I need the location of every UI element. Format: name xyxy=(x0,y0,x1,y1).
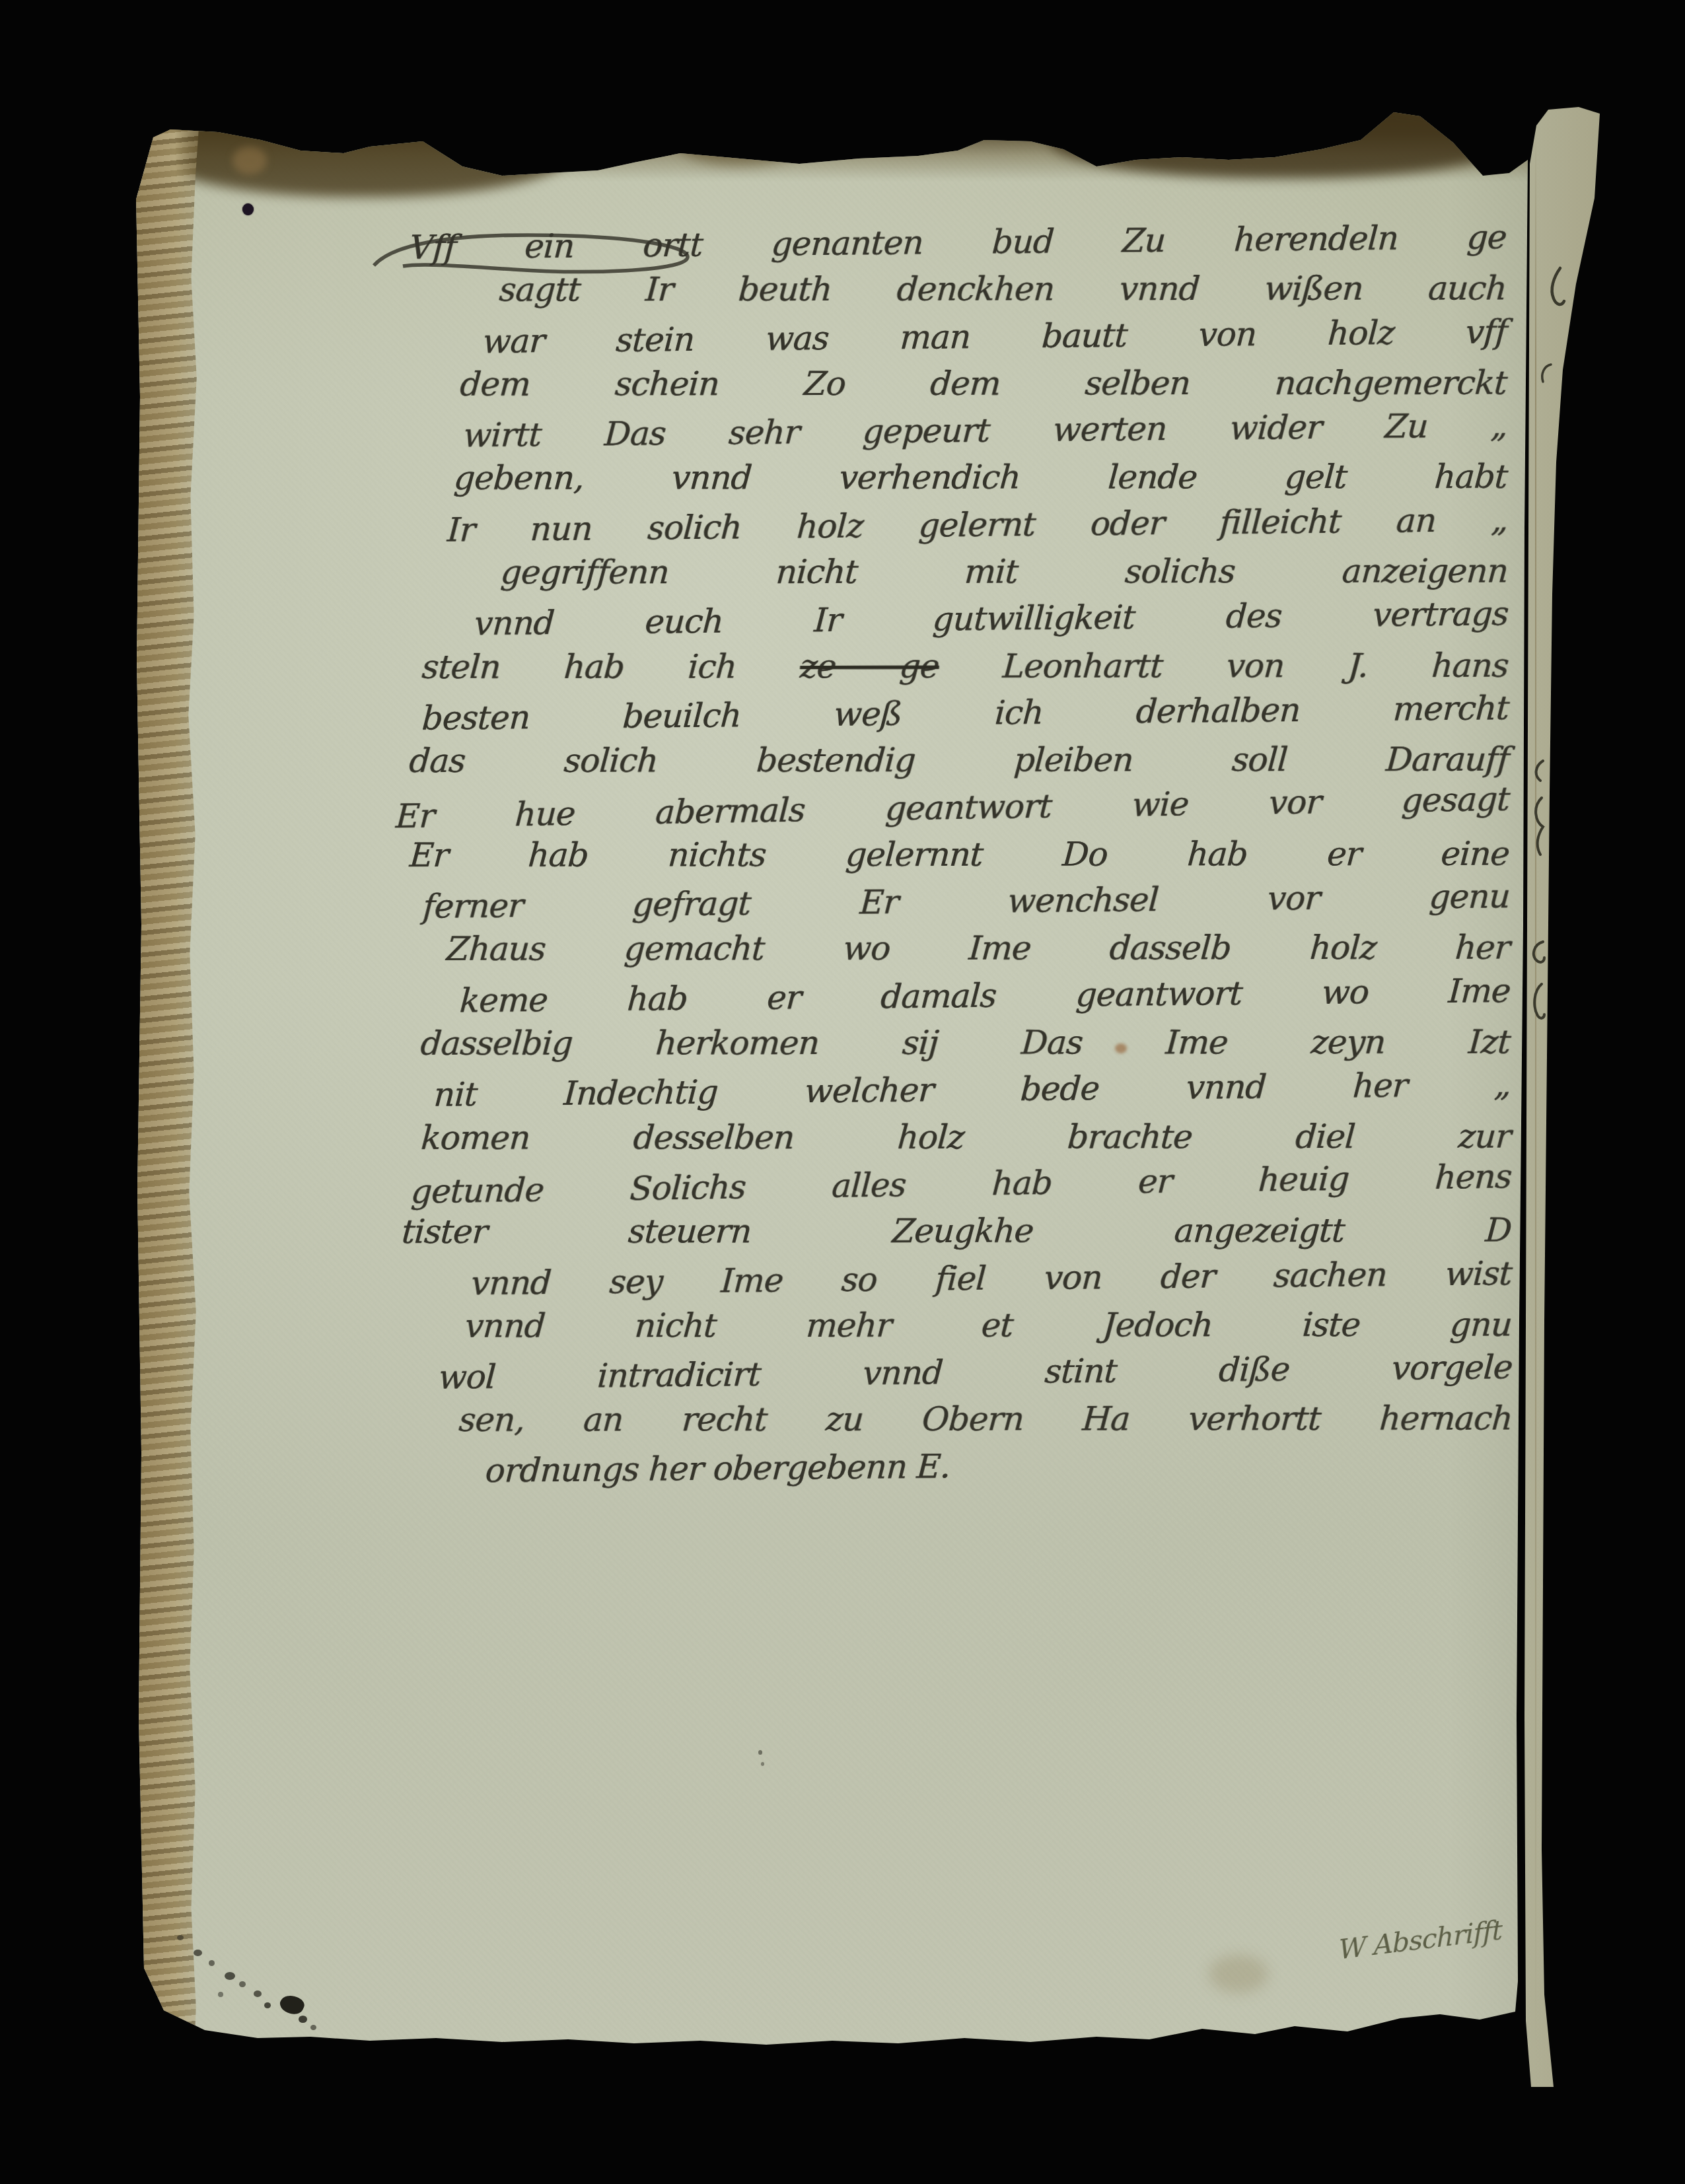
manuscript-page: Vff ein ortt genanten bud Zu herendeln g… xyxy=(0,0,1685,2184)
manuscript-line: Er hab nichts gelernnt Do hab er eine xyxy=(408,831,1511,880)
manuscript-line: vnnd sey Ime so fiel von der sachen wist xyxy=(470,1250,1513,1307)
manuscript-line: gegriffenn nicht mit solichs anzeigenn xyxy=(499,548,1509,596)
manuscript-line: wirtt Das sehr gepeurt werten wider Zu „ xyxy=(462,402,1509,459)
manuscript-line: tister steuern Zeugkhe angezeigtt D xyxy=(400,1207,1513,1256)
manuscript-line: nit Indechtig welcher bede vnnd her „ xyxy=(433,1061,1513,1119)
ink-blot xyxy=(299,2016,307,2023)
manuscript-line: dem schein Zo dem selben nachgemerckt xyxy=(458,359,1508,408)
ink-blot xyxy=(218,1992,223,1997)
ink-blot xyxy=(225,1972,235,1980)
top-edge-stain xyxy=(680,123,799,165)
manuscript-line: ordnungs her obergebenn E. xyxy=(484,1441,1181,1495)
manuscript-line: das solich bestendig pleiben soll Darauf… xyxy=(408,736,1510,785)
manuscript-text-block: Vff ein ortt genanten bud Zu herendeln g… xyxy=(383,217,1513,1494)
manuscript-line: vnnd nicht mehr et Jedoch iste gnu xyxy=(464,1301,1513,1350)
manuscript-line: Ir nun solich holz gelernt oder filleich… xyxy=(446,497,1509,554)
top-edge-stain xyxy=(1050,100,1513,178)
manuscript-line: ferner gefragt Er wenchsel vor genu xyxy=(421,873,1511,931)
struck-text: ze ge xyxy=(799,647,940,686)
ink-blot xyxy=(254,1990,262,1997)
manuscript-line: komen desselben holz brachte diel zur xyxy=(419,1113,1512,1162)
ink-blot xyxy=(209,1960,215,1966)
ink-speck xyxy=(758,1750,762,1755)
manuscript-line: steln hab ich ze ge Leonhartt von J. han… xyxy=(420,642,1509,691)
manuscript-line: wol intradicirt vnnd stint diße vorgele xyxy=(437,1344,1514,1401)
manuscript-line: gebenn, vnnd verhendich lende gelt habt xyxy=(452,454,1509,503)
ink-blot xyxy=(239,1981,246,1987)
manuscript-line: besten beuilch weß ich derhalben mercht xyxy=(421,685,1511,742)
paper-stain xyxy=(1209,1955,1268,1993)
paper-stain xyxy=(233,147,267,174)
top-edge-stain xyxy=(157,111,567,197)
manuscript-line: war stein was man bautt von holz vff xyxy=(482,308,1509,365)
next-page-crease xyxy=(1535,132,1536,2047)
manuscript-line: keme hab er damals geantwort wo Ime xyxy=(458,968,1512,1025)
deckle-edge xyxy=(132,99,201,2087)
edge-ink-fragment xyxy=(1530,938,1547,1026)
manuscript-line: vnnd euch Ir gutwilligkeit des vertrags xyxy=(473,591,1510,648)
ink-speck xyxy=(761,1762,764,1766)
edge-ink-fragment xyxy=(1539,362,1554,387)
ink-dot xyxy=(242,203,254,215)
ink-blot xyxy=(264,2002,271,2008)
ink-blot xyxy=(310,2025,316,2030)
edge-ink-fragment xyxy=(1544,265,1567,314)
ink-blot xyxy=(177,1935,184,1940)
photo-black-background: Vff ein ortt genanten bud Zu herendeln g… xyxy=(0,0,1685,2184)
manuscript-line: Vff ein ortt genanten bud Zu herendeln g… xyxy=(408,214,1508,271)
manuscript-line: Zhaus gemacht wo Ime dasselb holz her xyxy=(445,925,1511,973)
manuscript-line: sen, an recht zu Obern Ha verhortt herna… xyxy=(457,1395,1513,1444)
manuscript-line: getunde Solichs alles hab er heuig hens xyxy=(410,1153,1513,1216)
manuscript-line: dasselbig herkomen sij Das Ime zeyn Izt xyxy=(419,1019,1511,1068)
manuscript-line: sagtt Ir beuth denckhen vnnd wißen auch xyxy=(497,265,1507,314)
ink-blot xyxy=(194,1950,202,1956)
edge-ink-fragment xyxy=(1528,758,1547,860)
